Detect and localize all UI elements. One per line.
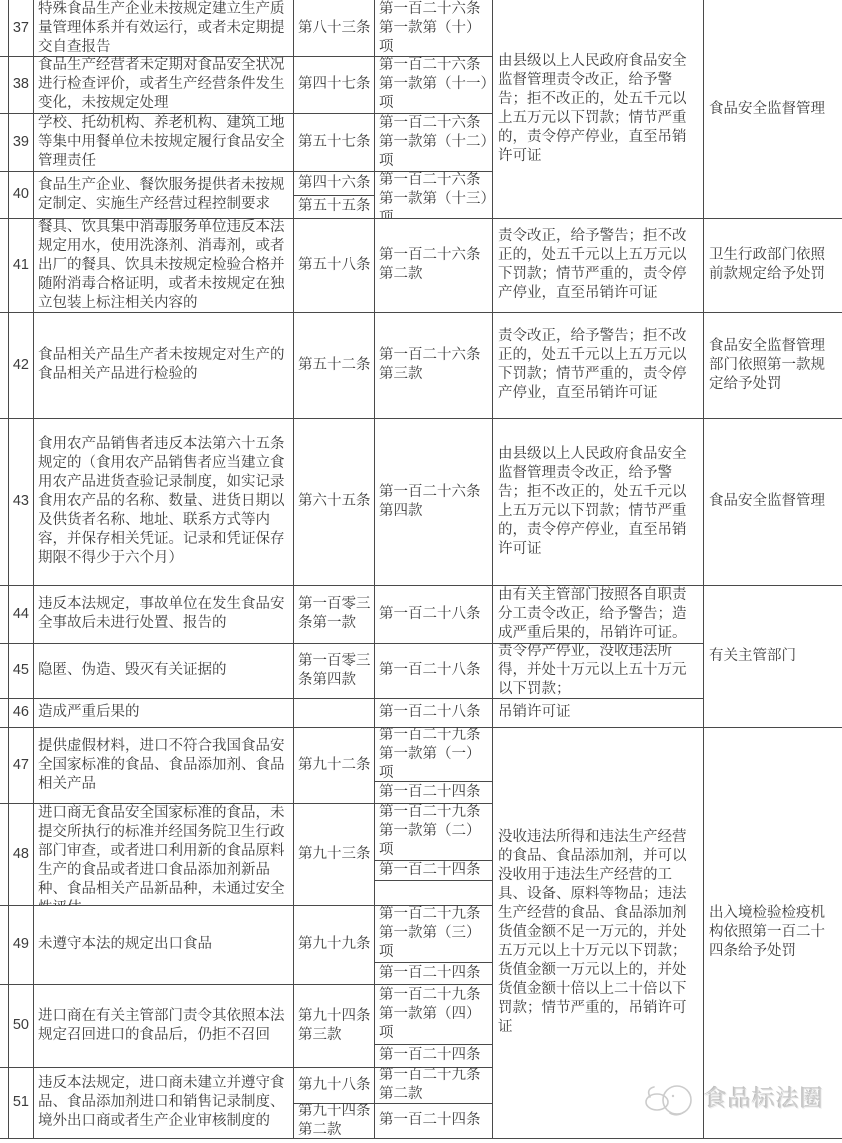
violation-text-41: 餐具、饮具集中消毒服务单位违反本法规定用水，使用洗涤剂、消毒剂，或者出厂的餐具、…	[34, 218, 292, 312]
grid-hline	[0, 1138, 842, 1139]
penalty-cell-44: 由有关主管部门按照各自职责分工责令改正，给予警告；造成严重后果的，吊销许可证。	[493, 585, 703, 643]
article-cell-46	[294, 698, 374, 727]
penalty-cell-43: 由县级以上人民政府食品安全监督管理责令改正，给予警告；拒不改正的，处五千元以上五…	[493, 418, 703, 585]
department-cell-47-51: 出入境检验检疫机构依照第一百二十四条给予处罚	[704, 727, 842, 1138]
department-cell-41: 卫生行政部门依照前款规定给予处罚	[704, 218, 842, 312]
ref-cell-45: 第一百二十八条	[375, 643, 492, 698]
violation-text-37: 特殊食品生产企业未按规定建立生产质量管理体系并有效运行，或者未定期提交自查报告	[34, 0, 292, 56]
department-cell-43: 食品安全监督管理	[704, 418, 842, 585]
row-number-47: 47	[8, 727, 33, 803]
ref-cell-51b: 第一百二十四条	[375, 1103, 492, 1138]
row-number-38: 38	[8, 56, 33, 113]
ref-cell-46: 第一百二十八条	[375, 698, 492, 727]
ref-cell-42: 第一百二十六条第三款	[375, 312, 492, 418]
department-cell-44-46: 有关主管部门	[704, 585, 842, 727]
row-number-39: 39	[8, 113, 33, 171]
penalty-cell-45: 责令停产停业，没收违法所得，并处十万元以上五十万元以下罚款；	[493, 643, 703, 698]
ref-cell-41: 第一百二十六条第二款	[375, 218, 492, 312]
row-number-44: 44	[8, 585, 33, 643]
row-number-48: 48	[8, 803, 33, 905]
violation-text-50: 进口商在有关主管部门责令其依照本法规定召回进口的食品后，仍拒不召回	[34, 984, 292, 1067]
article-cell-50: 第九十四条第三款	[294, 984, 374, 1067]
violation-text-46: 造成严重后果的	[34, 698, 292, 727]
article-cell-51a: 第九十八条	[294, 1067, 374, 1103]
ref-cell-50a: 第一百二十九条第一款第（四）项	[375, 984, 492, 1044]
violation-text-45: 隐匿、伪造、毁灭有关证据的	[34, 643, 292, 698]
article-cell-41: 第五十八条	[294, 218, 374, 312]
row-number-42: 42	[8, 312, 33, 418]
penalty-cell-47-51: 没收违法所得和违法生产经营的食品、食品添加剂，并可以没收用于违法生产经营的工具、…	[493, 727, 703, 1138]
penalty-cell-41: 责令改正，给予警告；拒不改正的，处五千元以上五万元以下罚款；情节严重的，责令停产…	[493, 218, 703, 312]
row-number-37: 37	[8, 0, 33, 56]
row-number-50: 50	[8, 984, 33, 1067]
article-cell-44: 第一百零三条第一款	[294, 585, 374, 643]
row-number-46: 46	[8, 698, 33, 727]
violation-text-48: 进口商无食品安全国家标准的食品，未提交所执行的标准并经国务院卫生行政部门审查，或…	[34, 803, 292, 905]
violation-text-44: 违反本法规定，事故单位在发生食品安全事故后未进行处置、报告的	[34, 585, 292, 643]
article-cell-48: 第九十三条	[294, 803, 374, 905]
violation-text-43: 食用农产品销售者违反本法第六十五条规定的（食用农产品销售者应当建立食用农产品进货…	[34, 418, 292, 585]
article-cell-40b: 第五十五条	[294, 195, 374, 218]
article-cell-42: 第五十二条	[294, 312, 374, 418]
row-number-49: 49	[8, 905, 33, 984]
violation-text-51: 违反本法规定，进口商未建立并遵守食品、食品添加剂进口和销售记录制度、境外出口商或…	[34, 1067, 292, 1138]
ref-cell-48c	[375, 880, 492, 905]
violation-text-38: 食品生产经营者未定期对食品安全状况进行检查评价，或者生产经营条件发生变化，未按规…	[34, 56, 292, 113]
violation-text-47: 提供虚假材料，进口不符合我国食品安全国家标准的食品、食品添加剂、食品相关产品	[34, 727, 292, 803]
ref-cell-49a: 第一百二十九条第一款第（三）项	[375, 905, 492, 962]
row-number-40: 40	[8, 171, 33, 218]
article-cell-45: 第一百零三条第四款	[294, 643, 374, 698]
article-cell-37: 第八十三条	[294, 0, 374, 56]
row-number-51: 51	[8, 1067, 33, 1138]
ref-cell-48b: 第一百二十四条	[375, 860, 492, 880]
ref-cell-47a: 第一百二十九条第一款第（一）项	[375, 727, 492, 781]
department-cell-37-40: 食品安全监督管理	[704, 0, 842, 218]
violation-text-40: 食品生产企业、餐饮服务提供者未按规定制定、实施生产经营过程控制要求	[34, 171, 292, 218]
ref-cell-40: 第一百二十六条第一款第（十三）项	[375, 171, 492, 218]
article-cell-39: 第五十七条	[294, 113, 374, 171]
ref-cell-50b: 第一百二十四条	[375, 1044, 492, 1067]
violation-text-49: 未遵守本法的规定出口食品	[34, 905, 292, 984]
penalty-cell-42: 责令改正，给予警告；拒不改正的，处五千元以上五万元以下罚款；情节严重的，责令停产…	[493, 312, 703, 418]
ref-cell-49b: 第一百二十四条	[375, 962, 492, 984]
row-number-45: 45	[8, 643, 33, 698]
ref-cell-39: 第一百二十六条第一款第（十二）项	[375, 113, 492, 171]
penalty-cell-46: 吊销许可证	[493, 698, 703, 727]
department-cell-42: 食品安全监督管理部门依照第一款规定给予处罚	[704, 312, 842, 418]
article-cell-40a: 第四十六条	[294, 171, 374, 195]
penalty-table-page: 37 38 39 40 41 42 43 44 45 46 47 48 49 5…	[0, 0, 842, 1143]
ref-cell-51a: 第一百二十九条第二款	[375, 1067, 492, 1103]
ref-cell-47b: 第一百二十四条	[375, 781, 492, 803]
row-number-43: 43	[8, 418, 33, 585]
violation-text-39: 学校、托幼机构、养老机构、建筑工地等集中用餐单位未按规定履行食品安全管理责任	[34, 113, 292, 171]
violation-text-42: 食品相关产品生产者未按规定对生产的食品相关产品进行检验的	[34, 312, 292, 418]
article-cell-43: 第六十五条	[294, 418, 374, 585]
article-cell-49: 第九十九条	[294, 905, 374, 984]
article-cell-38: 第四十七条	[294, 56, 374, 113]
ref-cell-37: 第一百二十六条第一款第（十）项	[375, 0, 492, 56]
penalty-cell-37-40: 由县级以上人民政府食品安全监督管理责令改正，给予警告；拒不改正的，处五千元以上五…	[493, 0, 703, 218]
ref-cell-38: 第一百二十六条第一款第（十一）项	[375, 56, 492, 113]
ref-cell-48a: 第一百二十九条第一款第（二）项	[375, 803, 492, 860]
ref-cell-43: 第一百二十六条第四款	[375, 418, 492, 585]
ref-cell-44: 第一百二十八条	[375, 585, 492, 643]
row-number-41: 41	[8, 218, 33, 312]
article-cell-51b: 第九十四条第二款	[294, 1103, 374, 1138]
article-cell-47: 第九十二条	[294, 727, 374, 803]
